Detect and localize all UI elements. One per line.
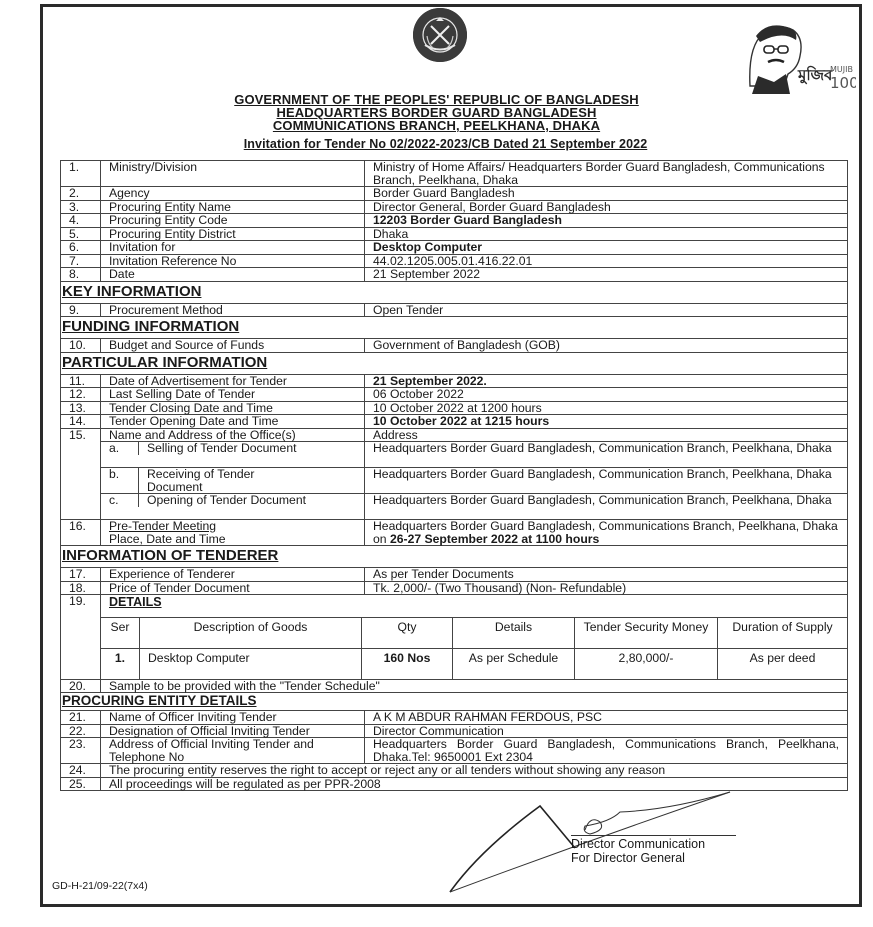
row-value: Desktop Computer <box>365 241 848 255</box>
item-security: 2,80,000/- <box>575 648 718 679</box>
row-number: 14. <box>61 415 101 429</box>
row-label: Procuring Entity District <box>101 227 365 241</box>
row-text: All proceedings will be regulated as per… <box>101 777 848 791</box>
row-value: 21 September 2022. <box>365 374 848 388</box>
row-number: 23. <box>61 738 101 764</box>
office-row-letter: a. <box>101 442 139 455</box>
section-header-information-of-tenderer: INFORMATION OF TENDERER <box>61 546 848 568</box>
row-value: Open Tender <box>365 303 848 317</box>
row-number: 4. <box>61 214 101 228</box>
svg-text:মুজিব: মুজিব <box>797 65 833 84</box>
row-label: Name of Officer Inviting Tender <box>101 711 365 725</box>
office-row-opening: c. Opening of Tender Document Headquarte… <box>61 494 848 520</box>
section-title: INFORMATION OF TENDERER <box>62 547 278 564</box>
table-row: 11. Date of Advertisement for Tender 21 … <box>61 374 848 388</box>
row-label: Tender Opening Date and Time <box>101 415 365 429</box>
section-header-particular-information: PARTICULAR INFORMATION <box>61 352 848 374</box>
row-label: Invitation for <box>101 241 365 255</box>
table-row: 20. Sample to be provided with the "Tend… <box>61 679 848 693</box>
table-row: 12. Last Selling Date of Tender 06 Octob… <box>61 388 848 402</box>
row-value: A K M ABDUR RAHMAN FERDOUS, PSC <box>365 711 848 725</box>
row-label: Date <box>101 268 365 282</box>
table-row: 14. Tender Opening Date and Time 10 Octo… <box>61 415 848 429</box>
table-row: 2. Agency Border Guard Bangladesh <box>61 187 848 201</box>
row-label: Budget and Source of Funds <box>101 339 365 353</box>
row-label: Procuring Entity Code <box>101 214 365 228</box>
row-value: 10 October 2022 at 1215 hours <box>365 415 848 429</box>
row-value: Director General, Border Guard Banglades… <box>365 200 848 214</box>
table-row: 7. Invitation Reference No 44.02.1205.00… <box>61 254 848 268</box>
table-row: 3. Procuring Entity Name Director Genera… <box>61 200 848 214</box>
row-number: 11. <box>61 374 101 388</box>
table-row: 17. Experience of Tenderer As per Tender… <box>61 568 848 582</box>
table-row: 13. Tender Closing Date and Time 10 Octo… <box>61 401 848 415</box>
row-number: 9. <box>61 303 101 317</box>
table-row: 10. Budget and Source of Funds Governmen… <box>61 339 848 353</box>
row-text: Sample to be provided with the "Tender S… <box>101 679 848 693</box>
row-label: Address of Official Inviting Tender and … <box>101 738 365 764</box>
table-row: 24. The procuring entity reserves the ri… <box>61 764 848 778</box>
office-row-label: Opening of Tender Document <box>139 494 306 507</box>
row-label: Experience of Tenderer <box>101 568 365 582</box>
row-value: Address <box>365 428 848 442</box>
row-number: 16. <box>61 520 101 546</box>
row-number: 7. <box>61 254 101 268</box>
row-number: 24. <box>61 764 101 778</box>
table-row: 25. All proceedings will be regulated as… <box>61 777 848 791</box>
row-number: 25. <box>61 777 101 791</box>
details-col-duration: Duration of Supply <box>718 617 848 648</box>
row-number: 20. <box>61 679 101 693</box>
section-header-procuring-entity-details: PROCURING ENTITY DETAILS <box>61 693 848 711</box>
table-row: 4. Procuring Entity Code 12203 Border Gu… <box>61 214 848 228</box>
table-row: 18. Price of Tender Document Tk. 2,000/-… <box>61 581 848 595</box>
row-label: Agency <box>101 187 365 201</box>
row-value: As per Tender Documents <box>365 568 848 582</box>
signature-line <box>571 835 736 836</box>
row-label: Designation of Official Inviting Tender <box>101 724 365 738</box>
row-number: 10. <box>61 339 101 353</box>
office-row-letter: b. <box>101 468 139 493</box>
table-row: 22. Designation of Official Inviting Ten… <box>61 724 848 738</box>
row-value: Director Communication <box>365 724 848 738</box>
office-row-selling: a. Selling of Tender Document Headquarte… <box>61 442 848 468</box>
pre-tender-date: 26-27 September 2022 at 1100 hours <box>390 532 599 546</box>
row-value: Government of Bangladesh (GOB) <box>365 339 848 353</box>
row-label: Name and Address of the Office(s) <box>101 428 365 442</box>
section-title: FUNDING INFORMATION <box>62 318 239 335</box>
row-value: Dhaka <box>365 227 848 241</box>
item-duration: As per deed <box>718 648 848 679</box>
details-col-qty: Qty <box>362 617 453 648</box>
table-row: 8. Date 21 September 2022 <box>61 268 848 282</box>
office-row-value: Headquarters Border Guard Bangladesh, Co… <box>365 494 848 520</box>
row-value: Headquarters Border Guard Bangladesh, Co… <box>365 738 848 764</box>
row-number: 1. <box>61 161 101 187</box>
row-number: 2. <box>61 187 101 201</box>
signatory-on-behalf: For Director General <box>571 851 685 865</box>
section-title: PROCURING ENTITY DETAILS <box>62 693 257 708</box>
table-row: 6. Invitation for Desktop Computer <box>61 241 848 255</box>
mujib-100-logo: মুজিব MUJIB 100 <box>738 16 856 96</box>
details-col-security: Tender Security Money <box>575 617 718 648</box>
row-number: 13. <box>61 401 101 415</box>
bgb-emblem-icon <box>413 8 467 62</box>
row-label: Date of Advertisement for Tender <box>101 374 365 388</box>
table-row: 9. Procurement Method Open Tender <box>61 303 848 317</box>
office-row-label: Receiving of Tender Document <box>139 468 297 493</box>
row-number: 19. <box>61 595 101 680</box>
signatory-designation: Director Communication <box>571 837 705 851</box>
row-number: 17. <box>61 568 101 582</box>
row-label: Procuring Entity Name <box>101 200 365 214</box>
row-value: 06 October 2022 <box>365 388 848 402</box>
invitation-title: Invitation for Tender No 02/2022-2023/CB… <box>9 138 873 151</box>
table-row-details: 19. DETAILS Ser Description of Goods Qty… <box>61 595 848 680</box>
row-label: Tender Closing Date and Time <box>101 401 365 415</box>
row-number: 15. <box>61 428 101 520</box>
row-value: 12203 Border Guard Bangladesh <box>365 214 848 228</box>
row-number: 8. <box>61 268 101 282</box>
row-value: 21 September 2022 <box>365 268 848 282</box>
row-value: 44.02.1205.005.01.416.22.01 <box>365 254 848 268</box>
pre-tender-sublabel: Place, Date and Time <box>109 533 364 546</box>
details-col-details: Details <box>453 617 575 648</box>
table-row: 1. Ministry/Division Ministry of Home Af… <box>61 161 848 187</box>
section-header-funding-information: FUNDING INFORMATION <box>61 317 848 339</box>
row-value: Tk. 2,000/- (Two Thousand) (Non- Refunda… <box>365 581 848 595</box>
row-label: Invitation Reference No <box>101 254 365 268</box>
footer-reference-code: GD-H-21/09-22(7x4) <box>52 880 148 892</box>
row-label: Procurement Method <box>101 303 365 317</box>
section-title: KEY INFORMATION <box>62 283 201 300</box>
table-row: 15. Name and Address of the Office(s) Ad… <box>61 428 848 442</box>
details-header-row: Ser Description of Goods Qty Details Ten… <box>101 617 847 648</box>
item-details: As per Schedule <box>453 648 575 679</box>
details-col-ser: Ser <box>101 617 140 648</box>
item-ser: 1. <box>101 648 140 679</box>
table-row-pre-tender: 16. Pre-Tender Meeting Place, Date and T… <box>61 520 848 546</box>
header-line-branch: COMMUNICATIONS BRANCH, PEELKHANA, DHAKA <box>0 119 873 132</box>
row-text: The procuring entity reserves the right … <box>101 764 848 778</box>
tender-notice-table: 1. Ministry/Division Ministry of Home Af… <box>60 160 848 791</box>
table-row: 23. Address of Official Inviting Tender … <box>61 738 848 764</box>
row-value: Border Guard Bangladesh <box>365 187 848 201</box>
pre-tender-label: Pre-Tender Meeting <box>109 520 364 533</box>
row-value: Ministry of Home Affairs/ Headquarters B… <box>365 161 848 187</box>
office-row-letter: c. <box>101 494 139 507</box>
item-qty: 160 Nos <box>362 648 453 679</box>
details-item-row: 1. Desktop Computer 160 Nos As per Sched… <box>101 648 847 679</box>
section-header-key-information: KEY INFORMATION <box>61 281 848 303</box>
section-title: PARTICULAR INFORMATION <box>62 354 267 371</box>
row-value: 10 October 2022 at 1200 hours <box>365 401 848 415</box>
row-label: Ministry/Division <box>101 161 365 187</box>
row-label: Price of Tender Document <box>101 581 365 595</box>
table-row: 5. Procuring Entity District Dhaka <box>61 227 848 241</box>
details-col-description: Description of Goods <box>140 617 362 648</box>
table-row: 21. Name of Officer Inviting Tender A K … <box>61 711 848 725</box>
item-description: Desktop Computer <box>140 648 362 679</box>
svg-text:MUJIB: MUJIB <box>830 65 853 74</box>
office-row-label: Selling of Tender Document <box>139 442 297 455</box>
office-row-value: Headquarters Border Guard Bangladesh, Co… <box>365 442 848 468</box>
svg-text:100: 100 <box>830 74 856 92</box>
office-row-value: Headquarters Border Guard Bangladesh, Co… <box>365 468 848 494</box>
details-title: DETAILS <box>101 595 847 617</box>
office-row-receiving: b. Receiving of Tender Document Headquar… <box>61 468 848 494</box>
details-table: Ser Description of Goods Qty Details Ten… <box>101 617 847 679</box>
row-number: 5. <box>61 227 101 241</box>
row-label: Last Selling Date of Tender <box>101 388 365 402</box>
row-number: 18. <box>61 581 101 595</box>
row-number: 6. <box>61 241 101 255</box>
row-number: 21. <box>61 711 101 725</box>
row-number: 12. <box>61 388 101 402</box>
row-number: 3. <box>61 200 101 214</box>
row-number: 22. <box>61 724 101 738</box>
